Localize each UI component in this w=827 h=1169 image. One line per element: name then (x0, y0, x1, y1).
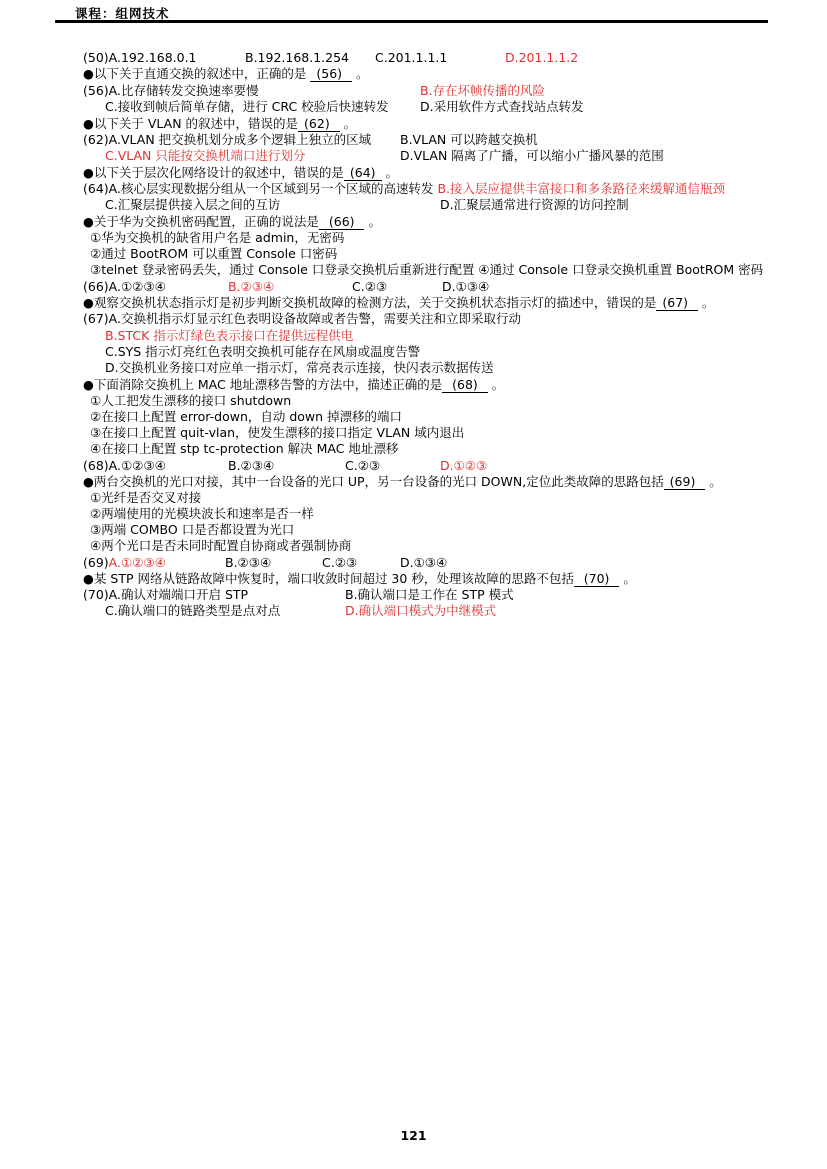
text-line: ●以下关于层次化网络设计的叙述中，错误的是 (64) 。 (83, 165, 398, 180)
text-run: (50)A.192.168.0.1 (83, 50, 197, 65)
answer-highlight: D.201.1.1.2 (505, 50, 578, 65)
text-run: ①人工把发生漂移的接口 shutdown (90, 393, 291, 408)
answer-highlight: D.①②③ (440, 458, 487, 473)
text-run: ●下面消除交换机上 MAC 地址漂移告警的方法中，描述正确的是 (83, 377, 442, 392)
text-line: ①人工把发生漂移的接口 shutdown (90, 393, 291, 408)
text-line: ●以下关于 VLAN 的叙述中，错误的是 (62) 。 (83, 116, 356, 131)
text-run: ●两台交换机的光口对接，其中一台设备的光口 UP，另一台设备的光口 DOWN,定… (83, 474, 664, 489)
text-run: ●以下关于直通交换的叙述中，正确的是 (83, 66, 310, 81)
text-run: B.VLAN 可以跨越交换机 (400, 132, 538, 147)
text-line: ③在接口上配置 quit-vlan，使发生漂移的接口指定 VLAN 域内退出 (90, 425, 464, 440)
text-run: C.接收到帧后简单存储，进行 CRC 校验后快速转发 (105, 99, 389, 114)
text-line: (69)A.①②③④B.②③④C.②③D.①③④ (83, 555, 166, 570)
text-run: ②在接口上配置 error-down，自动 down 掉漂移的端口 (90, 409, 402, 424)
text-line: C.SYS 指示灯亮红色表明交换机可能存在风扇或温度告警 (105, 344, 420, 359)
answer-blank: (62) (298, 116, 340, 132)
text-run: B.192.168.1.254 (245, 50, 349, 65)
text-run: B.②③④ (225, 555, 271, 570)
text-line: ③两端 COMBO 口是否都设置为光口 (90, 522, 294, 537)
text-run: C.确认端口的链路类型是点对点 (105, 603, 280, 618)
answer-blank: (67) (656, 295, 698, 311)
text-line: ●关于华为交换机密码配置，正确的说法是 (66) 。 (83, 214, 381, 229)
text-run: (68)A.①②③④ (83, 458, 166, 473)
answer-blank: (68) (442, 377, 488, 393)
text-line: B.STCK 指示灯绿色表示接口在提供远程供电 (105, 328, 353, 343)
text-line: (64)A.核心层实现数据分组从一个区域到另一个区域的高速转发 B.接入层应提供… (83, 181, 725, 196)
text-run: C.②③ (322, 555, 357, 570)
text-line: (68)A.①②③④B.②③④C.②③D.①②③ (83, 458, 166, 473)
text-run: 。 (619, 571, 635, 586)
text-line: C.确认端口的链路类型是点对点D.确认端口模式为中继模式 (105, 603, 280, 618)
text-line: ④两个光口是否未同时配置自协商或者强制协商 (90, 538, 351, 553)
text-line: ②两端使用的光模块波长和速率是否一样 (90, 506, 314, 521)
text-run: C.汇聚层提供接入层之间的互访 (105, 197, 280, 212)
text-run: ④在接口上配置 stp tc-protection 解决 MAC 地址漂移 (90, 441, 398, 456)
text-line: (67)A.交换机指示灯显示红色表明设备故障或者告警，需要关注和立即采取行动 (83, 311, 521, 326)
text-line: C.汇聚层提供接入层之间的互访D.汇聚层通常进行资源的访问控制 (105, 197, 280, 212)
text-run: ③在接口上配置 quit-vlan，使发生漂移的接口指定 VLAN 域内退出 (90, 425, 464, 440)
answer-blank: (70) (574, 571, 620, 587)
answer-blank: (66) (319, 214, 365, 230)
text-run: C.②③ (345, 458, 380, 473)
text-line: ②在接口上配置 error-down，自动 down 掉漂移的端口 (90, 409, 402, 424)
text-line: D.交换机业务接口对应单一指示灯，常亮表示连接，快闪表示数据传送 (105, 360, 494, 375)
text-line: (66)A.①②③④B.②③④C.②③D.①③④ (83, 279, 166, 294)
text-line: ②通过 BootROM 可以重置 Console 口密码 (90, 246, 337, 261)
text-line: ①光纤是否交叉对接 (90, 490, 201, 505)
text-run: D.汇聚层通常进行资源的访问控制 (440, 197, 629, 212)
text-run: 。 (698, 295, 714, 310)
text-run: 。 (364, 214, 380, 229)
text-run: (69) (83, 555, 109, 570)
text-run: B.②③④ (228, 458, 274, 473)
text-run: ②通过 BootROM 可以重置 Console 口密码 (90, 246, 337, 261)
text-run: 。 (340, 116, 356, 131)
answer-highlight: B.STCK 指示灯绿色表示接口在提供远程供电 (105, 328, 353, 343)
text-line: C.VLAN 只能按交换机端口进行划分D.VLAN 隔离了广播，可以缩小广播风暴… (105, 148, 305, 163)
text-run: ●观察交换机状态指示灯是初步判断交换机故障的检测方法，关于交换机状态指示灯的描述… (83, 295, 656, 310)
answer-blank: (69) (664, 474, 706, 490)
text-line: C.接收到帧后简单存储，进行 CRC 校验后快速转发D.采用软件方式查找站点转发 (105, 99, 389, 114)
text-line: ●以下关于直通交换的叙述中，正确的是 (56) 。 (83, 66, 368, 81)
text-line: (62)A.VLAN 把交换机划分成多个逻辑上独立的区域B.VLAN 可以跨越交… (83, 132, 371, 147)
answer-blank: (64) (344, 165, 382, 181)
text-line: ●两台交换机的光口对接，其中一台设备的光口 UP，另一台设备的光口 DOWN,定… (83, 474, 722, 489)
text-run: D.采用软件方式查找站点转发 (420, 99, 584, 114)
text-run: (67)A.交换机指示灯显示红色表明设备故障或者告警，需要关注和立即采取行动 (83, 311, 521, 326)
text-run: C.②③ (352, 279, 387, 294)
text-run: ①光纤是否交叉对接 (90, 490, 201, 505)
text-line: ●观察交换机状态指示灯是初步判断交换机故障的检测方法，关于交换机状态指示灯的描述… (83, 295, 715, 310)
text-line: ●下面消除交换机上 MAC 地址漂移告警的方法中，描述正确的是 (68) 。 (83, 377, 504, 392)
text-line: (70)A.确认对端端口开启 STPB.确认端口是工作在 STP 模式 (83, 587, 248, 602)
answer-blank: (56) (310, 66, 352, 82)
text-line: ③telnet 登录密码丢失，通过 Console 口登录交换机后重新进行配置 … (90, 262, 763, 277)
text-line: ①华为交换机的缺省用户名是 admin，无密码 (90, 230, 344, 245)
text-run: ③telnet 登录密码丢失，通过 Console 口登录交换机后重新进行配置 … (90, 262, 763, 277)
text-run: 。 (705, 474, 721, 489)
answer-highlight: D.确认端口模式为中继模式 (345, 603, 496, 618)
text-run: 。 (488, 377, 504, 392)
text-run: ④两个光口是否未同时配置自协商或者强制协商 (90, 538, 351, 553)
text-line: ④在接口上配置 stp tc-protection 解决 MAC 地址漂移 (90, 441, 398, 456)
text-run: ●以下关于 VLAN 的叙述中，错误的是 (83, 116, 298, 131)
answer-highlight: B.接入层应提供丰富接口和多条路径来缓解通信瓶颈 (437, 181, 725, 196)
text-run: (66)A.①②③④ (83, 279, 166, 294)
page-number: 121 (0, 1128, 827, 1143)
text-run: (70)A.确认对端端口开启 STP (83, 587, 248, 602)
text-run: ③两端 COMBO 口是否都设置为光口 (90, 522, 294, 537)
text-run: D.VLAN 隔离了广播，可以缩小广播风暴的范围 (400, 148, 664, 163)
document-body: (50)A.192.168.0.1B.192.168.1.254C.201.1.… (0, 0, 827, 1169)
text-run: D.交换机业务接口对应单一指示灯，常亮表示连接，快闪表示数据传送 (105, 360, 494, 375)
text-run: ①华为交换机的缺省用户名是 admin，无密码 (90, 230, 344, 245)
exam-page: 课程：组网技术 (50)A.192.168.0.1B.192.168.1.254… (0, 0, 827, 1169)
text-line: (56)A.比存储转发交换速率要慢B.存在坏帧传播的风险 (83, 83, 258, 98)
text-run: ●以下关于层次化网络设计的叙述中，错误的是 (83, 165, 344, 180)
answer-highlight: C.VLAN 只能按交换机端口进行划分 (105, 148, 305, 163)
text-run: 。 (382, 165, 398, 180)
text-run: (56)A.比存储转发交换速率要慢 (83, 83, 258, 98)
text-run: B.确认端口是工作在 STP 模式 (345, 587, 514, 602)
text-run: C.201.1.1.1 (375, 50, 447, 65)
text-run: (64)A.核心层实现数据分组从一个区域到另一个区域的高速转发 (83, 181, 437, 196)
text-line: ●某 STP 网络从链路故障中恢复时，端口收敛时间超过 30 秒，处理该故障的思… (83, 571, 636, 586)
text-run: C.SYS 指示灯亮红色表明交换机可能存在风扇或温度告警 (105, 344, 420, 359)
answer-highlight: A.①②③④ (109, 555, 166, 570)
text-run: ●关于华为交换机密码配置，正确的说法是 (83, 214, 319, 229)
answer-highlight: B.存在坏帧传播的风险 (420, 83, 545, 98)
text-line: (50)A.192.168.0.1B.192.168.1.254C.201.1.… (83, 50, 197, 65)
text-run: 。 (352, 66, 368, 81)
text-run: D.①③④ (400, 555, 447, 570)
text-run: (62)A.VLAN 把交换机划分成多个逻辑上独立的区域 (83, 132, 371, 147)
text-run: ●某 STP 网络从链路故障中恢复时，端口收敛时间超过 30 秒，处理该故障的思… (83, 571, 574, 586)
answer-highlight: B.②③④ (228, 279, 274, 294)
text-run: D.①③④ (442, 279, 489, 294)
text-run: ②两端使用的光模块波长和速率是否一样 (90, 506, 314, 521)
